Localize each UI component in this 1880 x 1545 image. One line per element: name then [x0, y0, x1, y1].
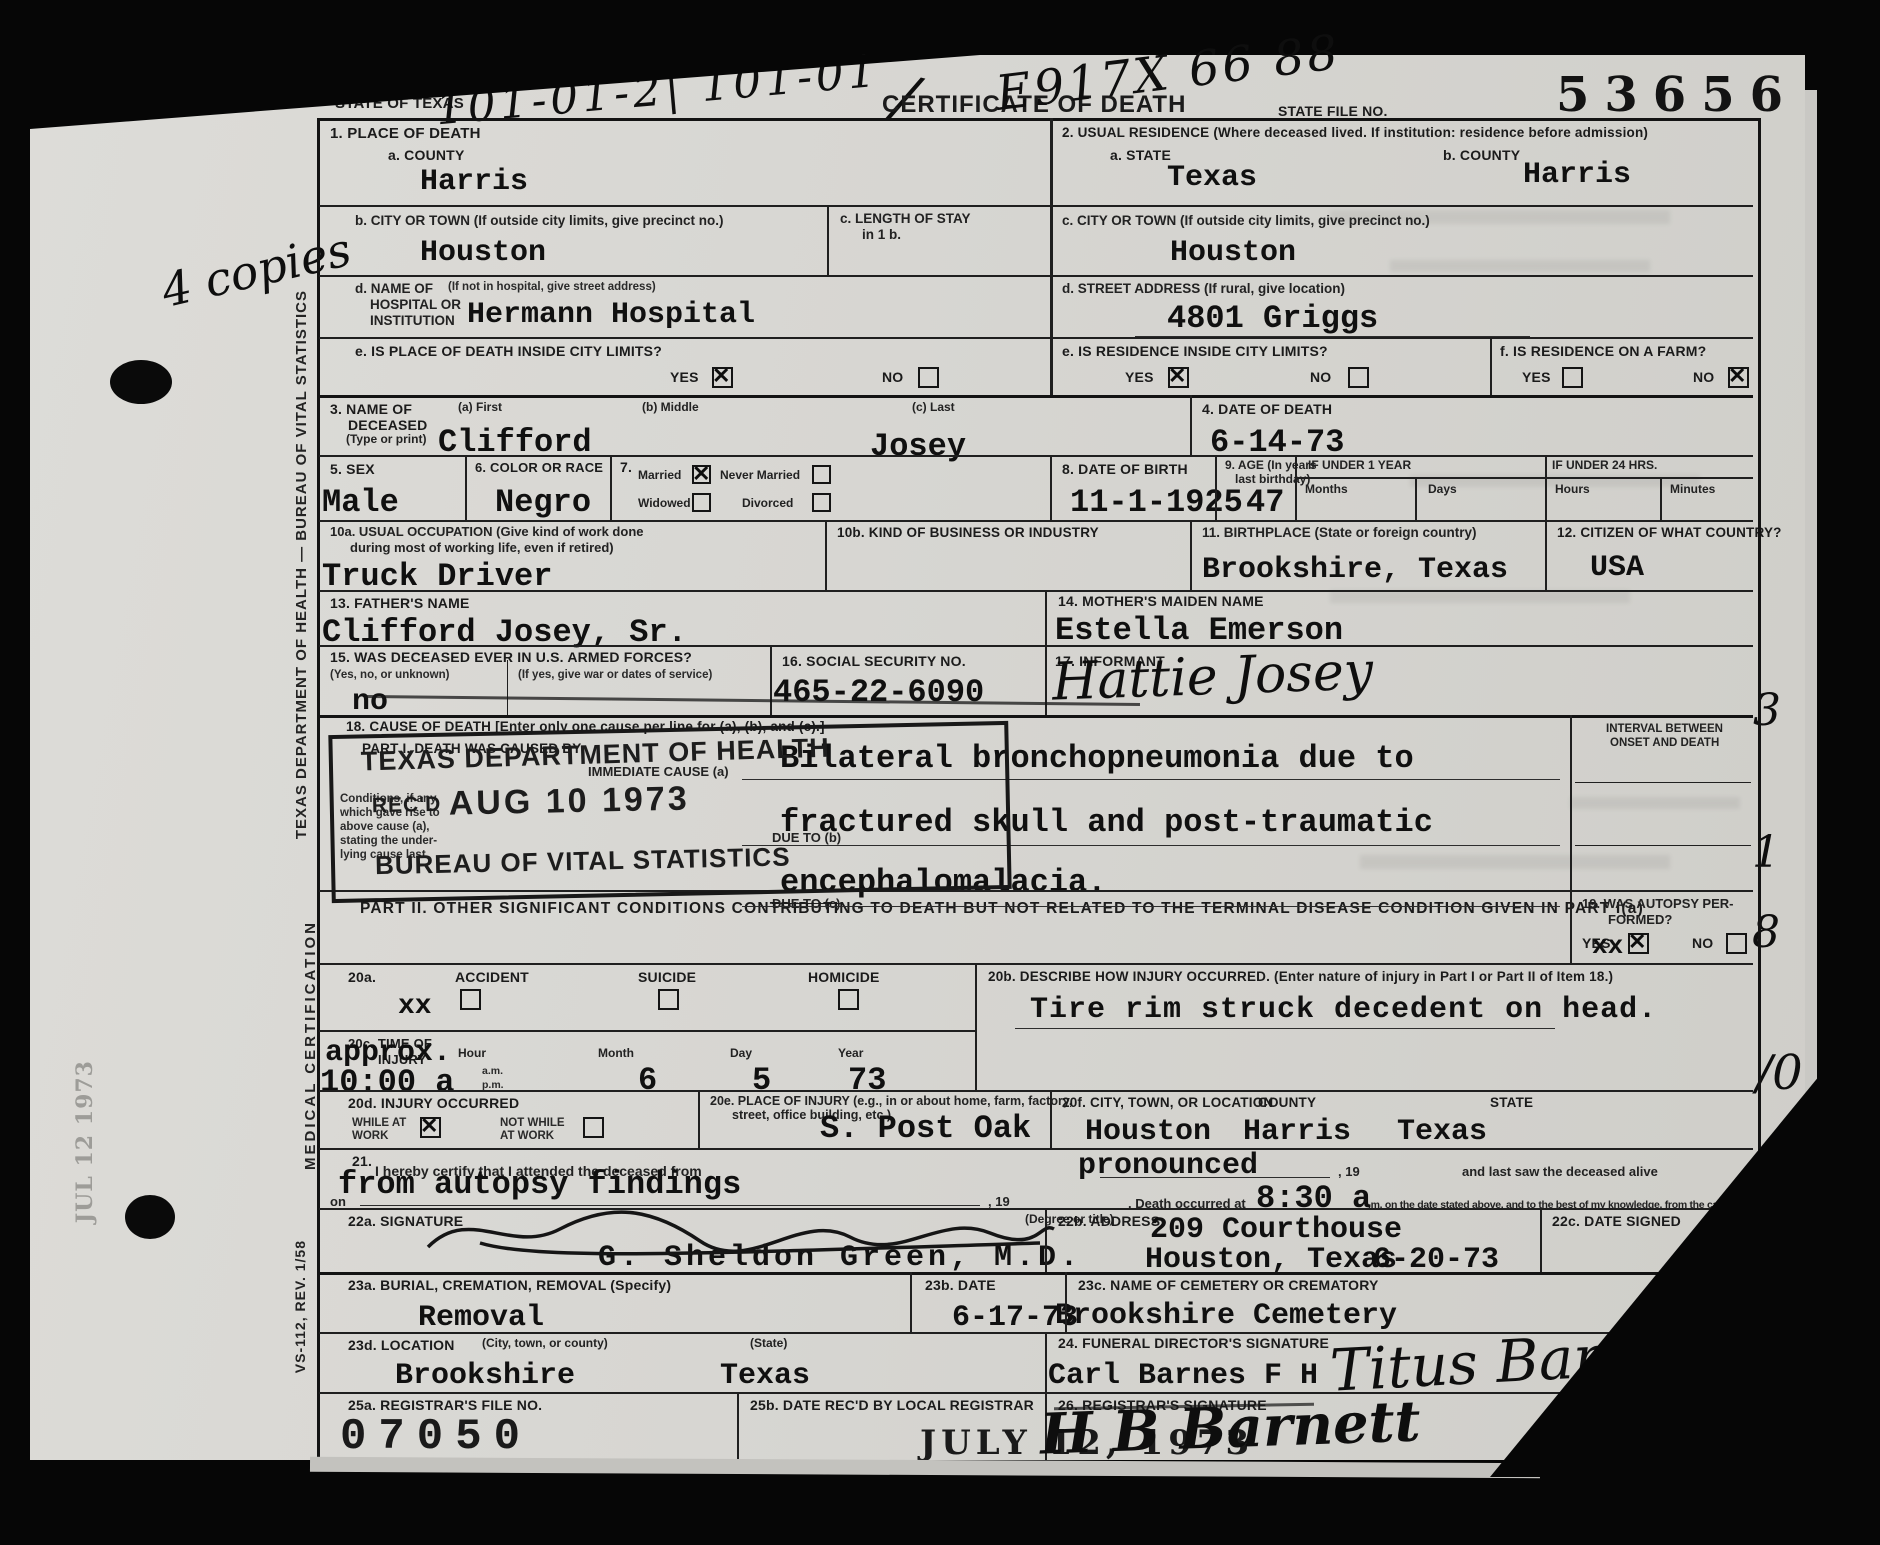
bureau-received-stamp: TEXAS DEPARTMENT OF HEALTH REC'D AUG 10 … — [328, 721, 1011, 903]
attended-from-value: from autopsy findings — [338, 1169, 741, 1201]
death-certificate-scan: 4 copies TEXAS DEPARTMENT OF HEALTH — BU… — [30, 55, 1805, 1460]
stamp-agency-line: TEXAS DEPARTMENT OF HEALTH — [360, 733, 830, 778]
registrar-signature: H B Barnett — [1039, 1388, 1422, 1467]
stamp-recd-label: REC'D — [372, 793, 442, 818]
homicide-checkbox — [838, 989, 859, 1010]
not-while-at-work-checkbox — [583, 1117, 604, 1138]
approx-overwrite: approx. — [325, 1038, 451, 1068]
left-margin-form-number: VS-112, REV. 1/58 — [292, 1240, 316, 1462]
death-limits-no-checkbox — [918, 367, 939, 388]
accident-checkbox — [460, 989, 481, 1010]
residence-limits-yes-checkbox — [1168, 367, 1189, 388]
residence-limits-no-checkbox — [1348, 367, 1369, 388]
stacked-page-edge — [1805, 90, 1817, 1240]
farm-yes-checkbox — [1562, 367, 1583, 388]
suicide-checkbox — [658, 989, 679, 1010]
death-time-value: 8:30 a — [1256, 1183, 1371, 1215]
autopsy-no-checkbox — [1726, 933, 1747, 954]
never-married-checkbox — [812, 465, 831, 484]
edge-date-stamp: JUL 12 1973 — [72, 1060, 106, 1350]
married-checkbox — [692, 465, 711, 484]
autopsy-overstrike: xx — [1592, 933, 1623, 959]
punch-hole — [110, 360, 172, 404]
autopsy-yes-checkbox — [1628, 933, 1649, 954]
stamp-date: AUG 10 1973 — [448, 780, 690, 824]
state-file-no-label: STATE FILE NO. — [1278, 103, 1388, 119]
date-signed-value: 6-20-73 — [1373, 1245, 1499, 1275]
stamp-bureau-line: BUREAU OF VITAL STATISTICS — [375, 841, 791, 881]
death-limits-yes-checkbox — [712, 367, 733, 388]
punch-hole — [125, 1195, 175, 1239]
divorced-checkbox — [812, 493, 831, 512]
physician-signature-scribble — [420, 1203, 1060, 1259]
farm-no-checkbox — [1728, 367, 1749, 388]
state-file-number: 53656 — [1556, 67, 1798, 123]
left-margin-agency-text: TEXAS DEPARTMENT OF HEALTH — BUREAU OF V… — [293, 290, 317, 1012]
while-at-work-checkbox — [420, 1117, 441, 1138]
handwritten-interval-digit: /0 — [1756, 1045, 1803, 1101]
widowed-checkbox — [692, 493, 711, 512]
